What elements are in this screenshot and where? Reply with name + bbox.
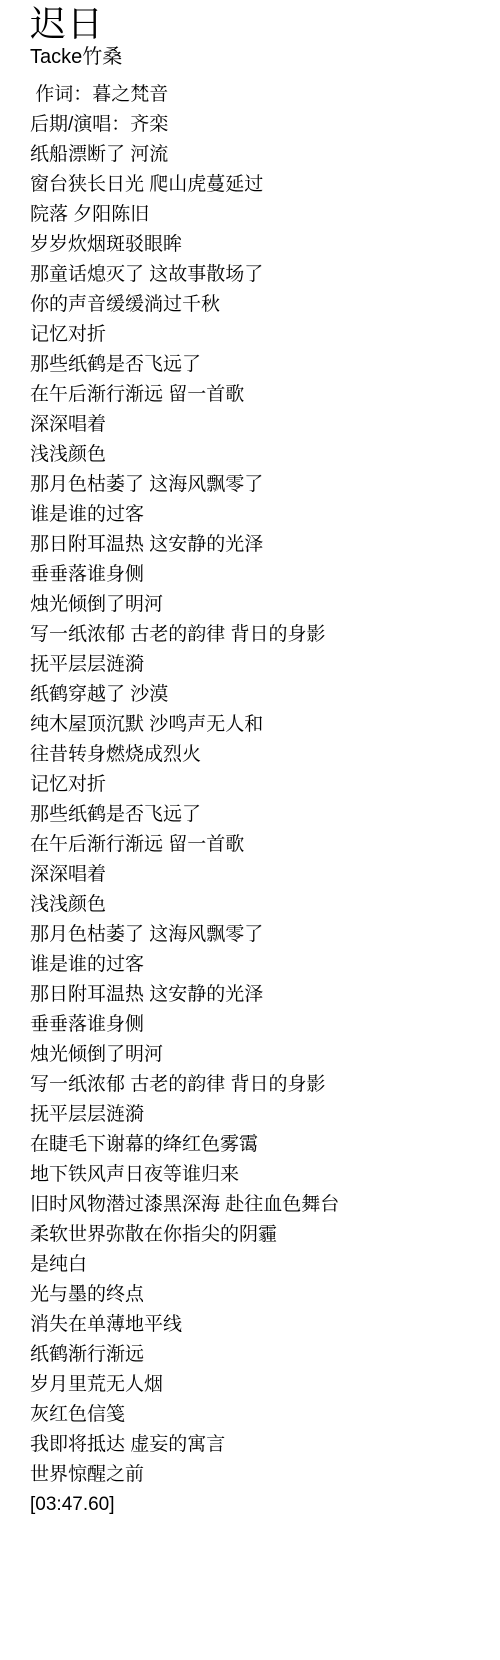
lyric-line: 光与墨的终点 [30,1280,492,1310]
lyric-line: 垂垂落谁身侧 [30,560,492,590]
lyric-line: 垂垂落谁身侧 [30,1010,492,1040]
lyric-line: 那些纸鹤是否飞远了 [30,800,492,830]
artist-name: Tacke竹桑 [30,45,492,69]
lyric-line: 消失在单薄地平线 [30,1310,492,1340]
lyric-line: 世界惊醒之前 [30,1460,492,1490]
lyrics-body: 作词：暮之梵音后期/演唱：齐栾纸船漂断了 河流窗台狭长日光 爬山虎蔓延过院落 夕… [30,80,492,1520]
lyric-line: 岁月里荒无人烟 [30,1370,492,1400]
lyric-line: 地下铁风声日夜等谁归来 [30,1160,492,1190]
lyric-line: 记忆对折 [30,320,492,350]
lyric-line: 记忆对折 [30,770,492,800]
lyric-line: 旧时风物潜过漆黑深海 赴往血色舞台 [30,1190,492,1220]
lyric-line: 写一纸浓郁 古老的韵律 背日的身影 [30,1070,492,1100]
lyric-line: 你的声音缓缓淌过千秋 [30,290,492,320]
lyric-line: 谁是谁的过客 [30,950,492,980]
lyric-line: 柔软世界弥散在你指尖的阴霾 [30,1220,492,1250]
lyric-line: 那日附耳温热 这安静的光泽 [30,980,492,1010]
lyric-line: 浅浅颜色 [30,440,492,470]
lyric-line: 谁是谁的过客 [30,500,492,530]
lyrics-page: 迟日 Tacke竹桑 作词：暮之梵音后期/演唱：齐栾纸船漂断了 河流窗台狭长日光… [0,0,500,1520]
lyric-line: 那月色枯萎了 这海风飘零了 [30,470,492,500]
lyric-line: 那月色枯萎了 这海风飘零了 [30,920,492,950]
lyric-line: 在午后渐行渐远 留一首歌 [30,380,492,410]
lyric-line: 作词：暮之梵音 [30,80,492,110]
lyric-line: 纸鹤穿越了 沙漠 [30,680,492,710]
lyric-line: 后期/演唱：齐栾 [30,110,492,140]
lyric-line: 那日附耳温热 这安静的光泽 [30,530,492,560]
lyric-line: 纯木屋顶沉默 沙鸣声无人和 [30,710,492,740]
lyric-line: 在睫毛下谢幕的绛红色雾霭 [30,1130,492,1160]
lyric-line: 窗台狭长日光 爬山虎蔓延过 [30,170,492,200]
lyric-line: 抚平层层涟漪 [30,650,492,680]
lyric-line: 深深唱着 [30,410,492,440]
lyric-line: 在午后渐行渐远 留一首歌 [30,830,492,860]
lyric-line: 那些纸鹤是否飞远了 [30,350,492,380]
lyric-line: 烛光倾倒了明河 [30,590,492,620]
lyric-line: 抚平层层涟漪 [30,1100,492,1130]
lyric-line: 是纯白 [30,1250,492,1280]
lyric-line: 深深唱着 [30,860,492,890]
lyric-line: 浅浅颜色 [30,890,492,920]
lyric-line: 我即将抵达 虚妄的寓言 [30,1430,492,1460]
lyric-line: 灰红色信笺 [30,1400,492,1430]
lyric-line: 院落 夕阳陈旧 [30,200,492,230]
lyric-line: 岁岁炊烟斑驳眼眸 [30,230,492,260]
lyric-line: 烛光倾倒了明河 [30,1040,492,1070]
lyric-line: [03:47.60] [30,1490,492,1520]
lyric-line: 纸船漂断了 河流 [30,140,492,170]
lyric-line: 写一纸浓郁 古老的韵律 背日的身影 [30,620,492,650]
lyric-line: 往昔转身燃烧成烈火 [30,740,492,770]
lyric-line: 那童话熄灭了 这故事散场了 [30,260,492,290]
lyric-line: 纸鹤渐行渐远 [30,1340,492,1370]
song-title: 迟日 [30,2,492,45]
